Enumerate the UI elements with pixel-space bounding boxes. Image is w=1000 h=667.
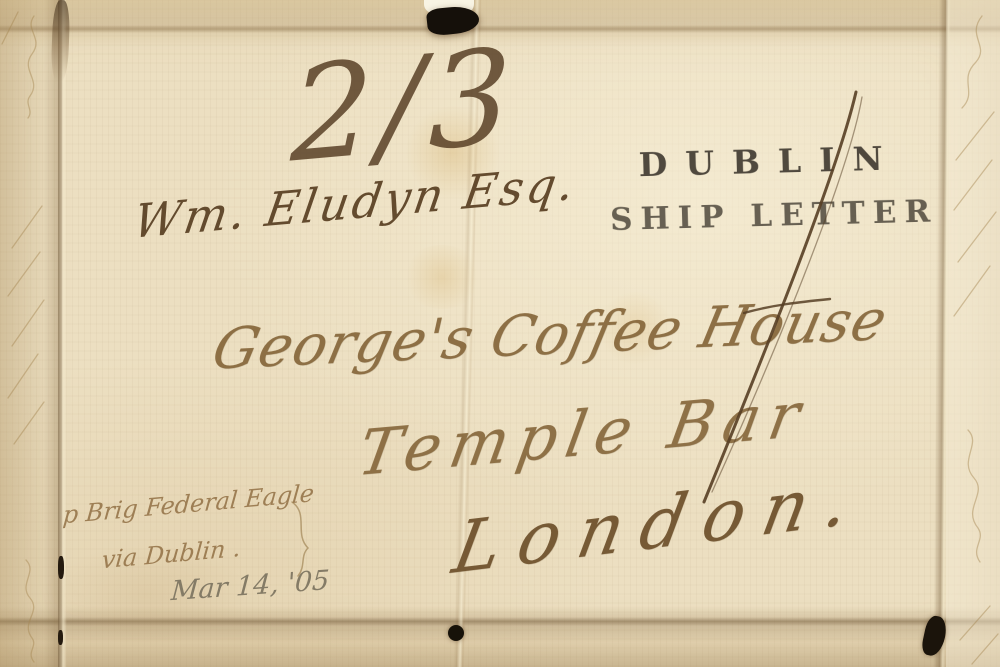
postmark-line-2: SHIP LETTER xyxy=(609,184,938,248)
postmark-line-1: DUBLIN xyxy=(638,129,937,192)
manuscript-rate-marking: 2/3 xyxy=(290,30,519,180)
top-left-crease-mark xyxy=(51,0,71,82)
folded-letter-cover: 2/3 Wm. Eludyn Esq. DUBLIN SHIP LETTER G… xyxy=(0,0,1000,667)
ship-note-line-1: p Brig Federal Eagle xyxy=(62,481,315,527)
paper-stain xyxy=(402,245,482,309)
address-line-coffee-house: George's Coffee House xyxy=(207,293,892,379)
postmark-dublin-ship-letter: DUBLIN SHIP LETTER xyxy=(608,129,939,248)
left-flap-strip xyxy=(0,0,62,667)
right-flap-strip xyxy=(946,0,1000,667)
note-flourish-bracket xyxy=(292,502,308,576)
address-line-london: London. xyxy=(448,462,873,585)
address-line-temple-bar: Temple Bar xyxy=(354,383,814,485)
left-edge-slit xyxy=(58,556,64,579)
fold-hole xyxy=(448,625,464,641)
left-edge-slit xyxy=(58,630,63,645)
